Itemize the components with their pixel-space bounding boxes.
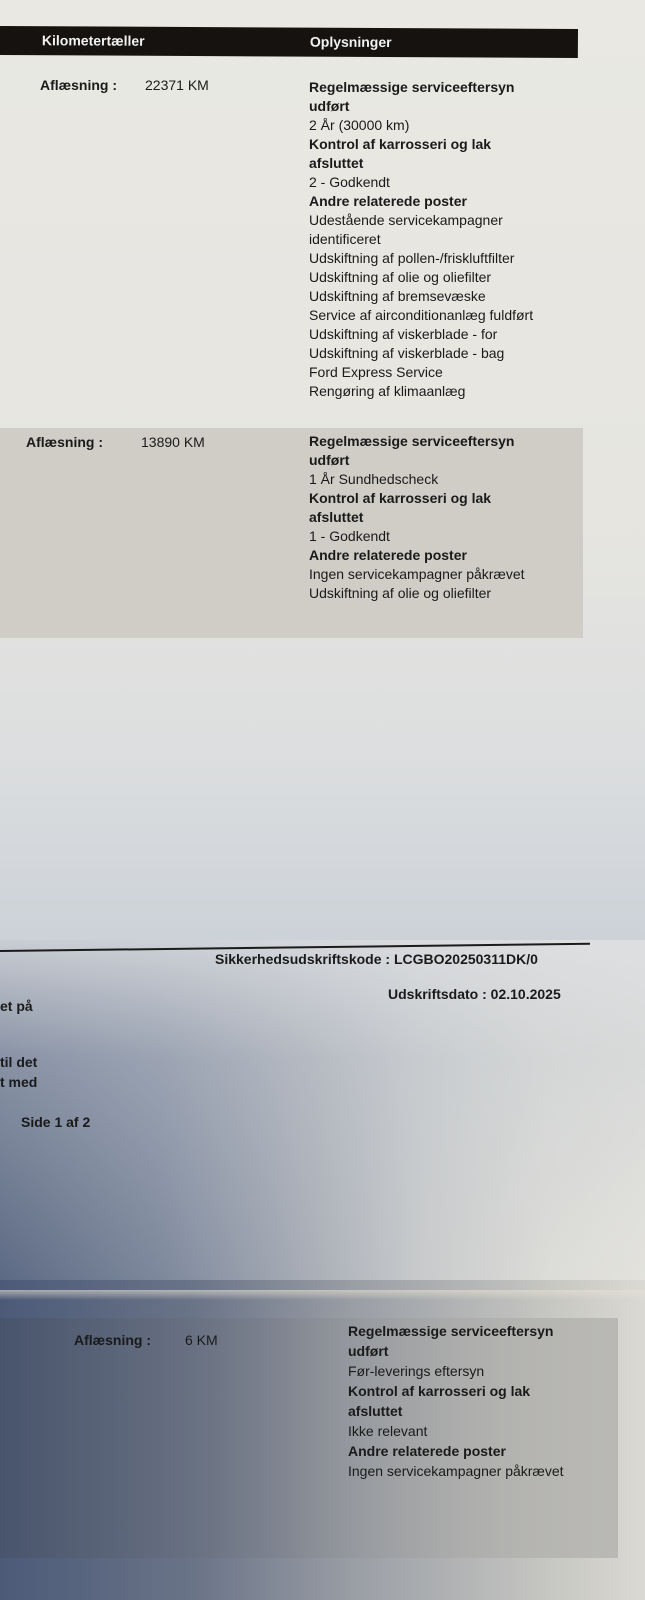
service-record: Aflæsning : 6 KM Regelmæssige serviceeft… bbox=[0, 1318, 618, 1558]
service-record: Aflæsning : 13890 KM Regelmæssige servic… bbox=[0, 428, 583, 638]
detail-item: Rengøring af klimaanlæg bbox=[309, 382, 533, 401]
page-number: Side 1 af 2 bbox=[21, 1114, 90, 1130]
reading-label: Aflæsning : bbox=[40, 77, 117, 93]
detail-item: Udskiftning af viskerblade - bag bbox=[309, 344, 533, 363]
detail-item: Udskiftning af olie og oliefilter bbox=[309, 268, 533, 287]
detail-heading: Andre relaterede poster bbox=[309, 546, 525, 565]
odometer-reading: Aflæsning : 13890 KM bbox=[26, 434, 103, 450]
detail-heading: afsluttet bbox=[348, 1401, 564, 1421]
detail-heading: afsluttet bbox=[309, 154, 533, 173]
odometer-reading: Aflæsning : 6 KM bbox=[74, 1332, 151, 1348]
security-print-code: Sikkerhedsudskriftskode : LCGBO20250311D… bbox=[215, 951, 538, 967]
detail-item: Ford Express Service bbox=[309, 363, 533, 382]
detail-heading: udført bbox=[348, 1341, 564, 1361]
detail-heading: afsluttet bbox=[309, 508, 525, 527]
detail-heading: Regelmæssige serviceeftersyn bbox=[348, 1321, 564, 1341]
cut-off-text: t med bbox=[0, 1074, 37, 1090]
reading-value: 6 KM bbox=[185, 1332, 218, 1348]
detail-heading: Regelmæssige serviceeftersyn bbox=[309, 78, 533, 97]
service-details: Regelmæssige serviceeftersynudført1 År S… bbox=[309, 432, 525, 603]
detail-heading: Regelmæssige serviceeftersyn bbox=[309, 432, 525, 451]
detail-heading: Kontrol af karrosseri og lak bbox=[309, 135, 533, 154]
detail-item: 1 År Sundhedscheck bbox=[309, 470, 525, 489]
detail-item: Udskiftning af bremsevæske bbox=[309, 287, 533, 306]
service-details: Regelmæssige serviceeftersynudførtFør-le… bbox=[348, 1321, 564, 1481]
detail-item: Udestående servicekampagner bbox=[309, 211, 533, 230]
reading-label: Aflæsning : bbox=[74, 1332, 151, 1348]
service-record: Aflæsning : 22371 KM Regelmæssige servic… bbox=[0, 66, 600, 396]
detail-item: Ingen servicekampagner påkrævet bbox=[348, 1461, 564, 1481]
detail-item: 1 - Godkendt bbox=[309, 527, 525, 546]
detail-item: 2 - Godkendt bbox=[309, 173, 533, 192]
table-header: Kilometertæller Oplysninger bbox=[0, 26, 578, 58]
detail-item: Udskiftning af olie og oliefilter bbox=[309, 584, 525, 603]
paper-edge bbox=[0, 1290, 645, 1300]
detail-item: Service af airconditionanlæg fuldført bbox=[309, 306, 533, 325]
detail-heading: Andre relaterede poster bbox=[309, 192, 533, 211]
detail-item: Udskiftning af viskerblade - for bbox=[309, 325, 533, 344]
detail-heading: Kontrol af karrosseri og lak bbox=[309, 489, 525, 508]
reading-value: 13890 KM bbox=[141, 434, 205, 450]
detail-heading: udført bbox=[309, 451, 525, 470]
column-header-info: Oplysninger bbox=[310, 34, 392, 50]
cut-off-text: et på bbox=[0, 998, 33, 1014]
print-date: Udskriftsdato : 02.10.2025 bbox=[388, 986, 561, 1002]
service-details: Regelmæssige serviceeftersynudført2 År (… bbox=[309, 78, 533, 401]
detail-item: Ingen servicekampagner påkrævet bbox=[309, 565, 525, 584]
detail-item: identificeret bbox=[309, 230, 533, 249]
detail-item: Udskiftning af pollen-/friskluftfilter bbox=[309, 249, 533, 268]
cut-off-text: til det bbox=[0, 1054, 37, 1070]
detail-heading: Kontrol af karrosseri og lak bbox=[348, 1381, 564, 1401]
detail-heading: Andre relaterede poster bbox=[348, 1441, 564, 1461]
detail-item: Før-leverings eftersyn bbox=[348, 1361, 564, 1381]
detail-item: Ikke relevant bbox=[348, 1421, 564, 1441]
odometer-reading: Aflæsning : 22371 KM bbox=[40, 77, 117, 93]
detail-item: 2 År (30000 km) bbox=[309, 116, 533, 135]
detail-heading: udført bbox=[309, 97, 533, 116]
reading-value: 22371 KM bbox=[145, 77, 209, 93]
reading-label: Aflæsning : bbox=[26, 434, 103, 450]
column-header-odometer: Kilometertæller bbox=[42, 32, 145, 49]
